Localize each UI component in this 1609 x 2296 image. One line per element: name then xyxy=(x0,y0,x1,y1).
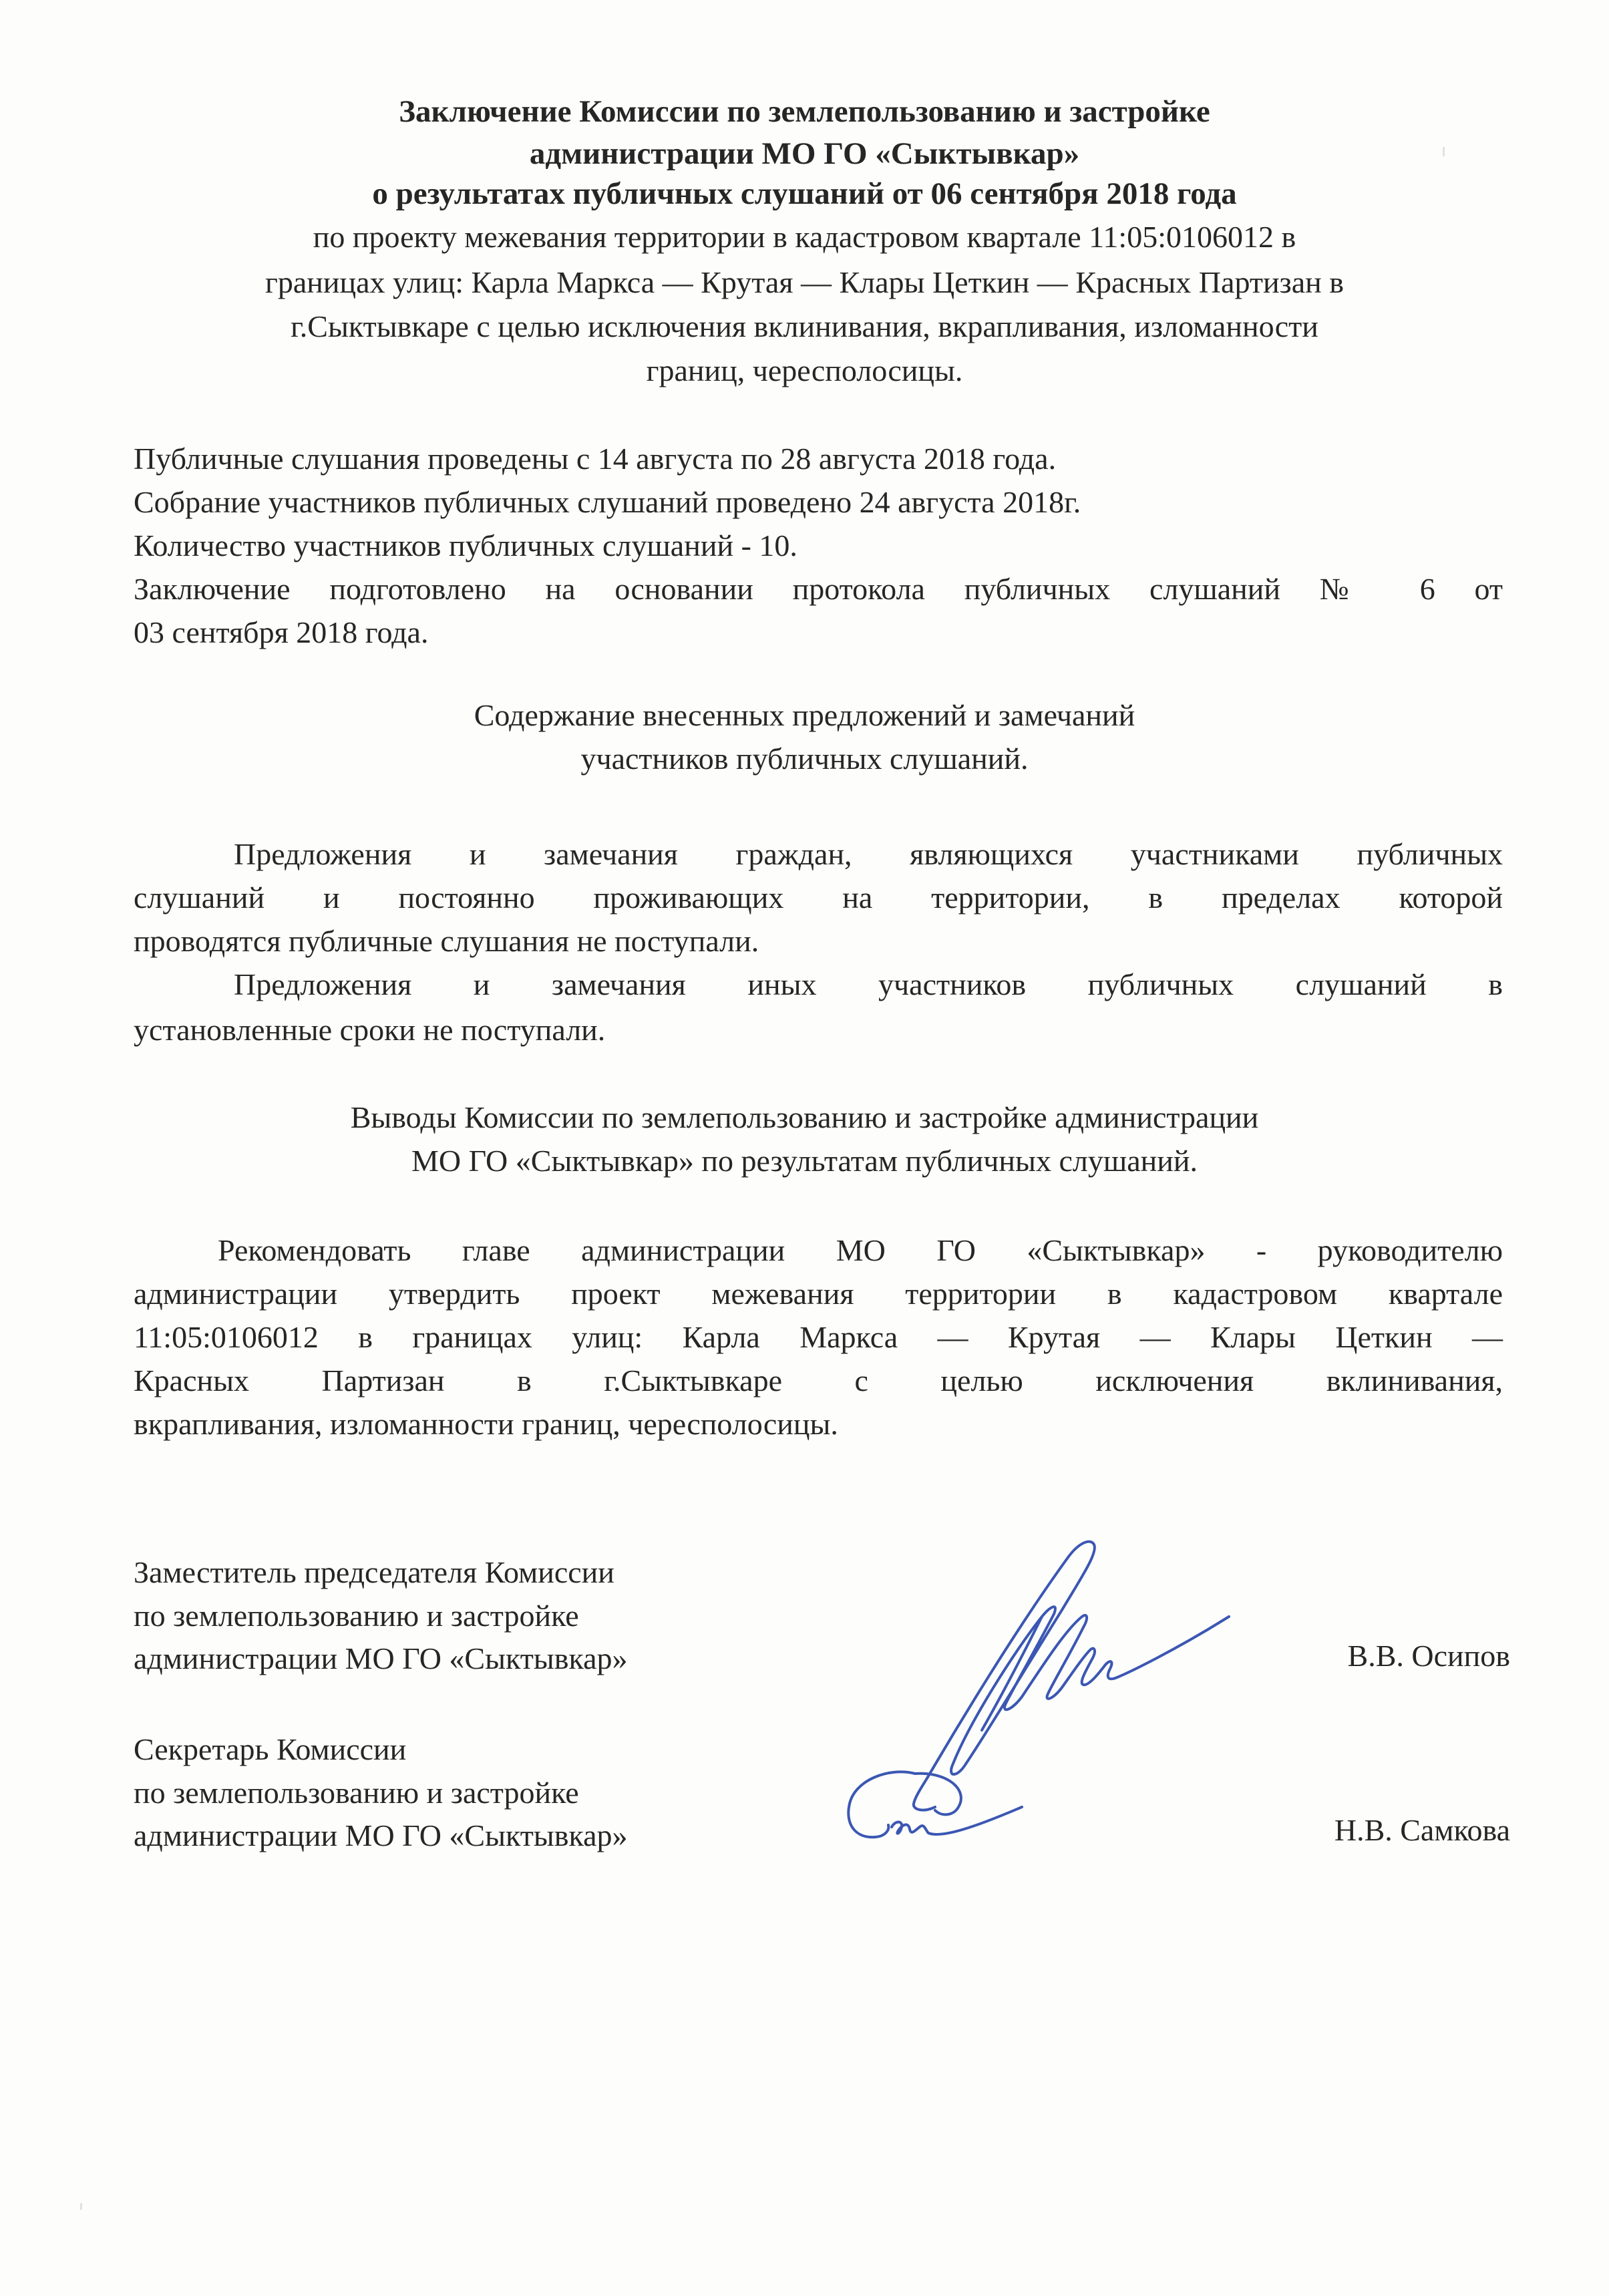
paragraph-line: Красных Партизан в г.Сыктывкаре с целью … xyxy=(134,1365,1503,1396)
signer-position: по землепользованию и застройке xyxy=(134,1778,579,1808)
section-heading: Выводы Комиссии по землепользованию и за… xyxy=(0,1102,1609,1133)
paragraph-line: вкрапливания, изломанности границ, черес… xyxy=(134,1409,838,1440)
paragraph-line: 11:05:0106012 в границах улиц: Карла Мар… xyxy=(134,1322,1503,1353)
title-line: о результатах публичных слушаний от 06 с… xyxy=(0,178,1609,209)
signer-position: по землепользованию и застройке xyxy=(134,1601,579,1631)
signer-position: Заместитель председателя Комиссии xyxy=(134,1557,614,1588)
fact-participants: Количество участников публичных слушаний… xyxy=(134,530,797,561)
handwritten-signature-samkova xyxy=(842,1764,1055,1850)
paragraph-line: Предложения и замечания иных участников … xyxy=(234,969,1503,1000)
fact-dates: Публичные слушания проведены с 14 август… xyxy=(134,444,1056,474)
signer-position: Секретарь Комиссии xyxy=(134,1734,406,1765)
signer-position: администрации МО ГО «Сыктывкар» xyxy=(134,1820,628,1851)
scan-speck xyxy=(80,2203,82,2210)
signer-name: В.В. Осипов xyxy=(1348,1641,1510,1671)
title-line: администрации МО ГО «Сыктывкар» xyxy=(0,138,1609,169)
subtitle-line: г.Сыктывкаре с целью исключения вклинива… xyxy=(0,311,1609,342)
subtitle-line: границах улиц: Карла Маркса — Крутая — К… xyxy=(0,267,1609,298)
section-heading: МО ГО «Сыктывкар» по результатам публичн… xyxy=(0,1146,1609,1176)
paragraph-line: администрации утвердить проект межевания… xyxy=(134,1279,1503,1309)
fact-protocol: Заключение подготовлено на основании про… xyxy=(134,574,1503,605)
paragraph-line: установленные сроки не поступали. xyxy=(134,1015,605,1045)
fact-protocol-date: 03 сентября 2018 года. xyxy=(134,617,428,648)
subtitle-line: границ, чересполосицы. xyxy=(0,355,1609,386)
section-heading: Содержание внесенных предложений и замеч… xyxy=(0,700,1609,731)
fact-meeting: Собрание участников публичных слушаний п… xyxy=(134,487,1081,518)
signer-position: администрации МО ГО «Сыктывкар» xyxy=(134,1643,628,1674)
subtitle-line: по проекту межевания территории в кадаст… xyxy=(0,222,1609,253)
paragraph-line: Рекомендовать главе администрации МО ГО … xyxy=(218,1235,1503,1266)
scan-speck xyxy=(1443,147,1445,156)
paragraph-line: проводятся публичные слушания не поступа… xyxy=(134,926,759,957)
document-page: Заключение Комиссии по землепользованию … xyxy=(0,0,1609,2296)
title-line: Заключение Комиссии по землепользованию … xyxy=(0,96,1609,127)
paragraph-line: Предложения и замечания граждан, являющи… xyxy=(234,839,1503,870)
signer-name: Н.В. Самкова xyxy=(1334,1815,1510,1846)
paragraph-line: слушаний и постоянно проживающих на терр… xyxy=(134,882,1503,913)
section-heading: участников публичных слушаний. xyxy=(0,744,1609,774)
